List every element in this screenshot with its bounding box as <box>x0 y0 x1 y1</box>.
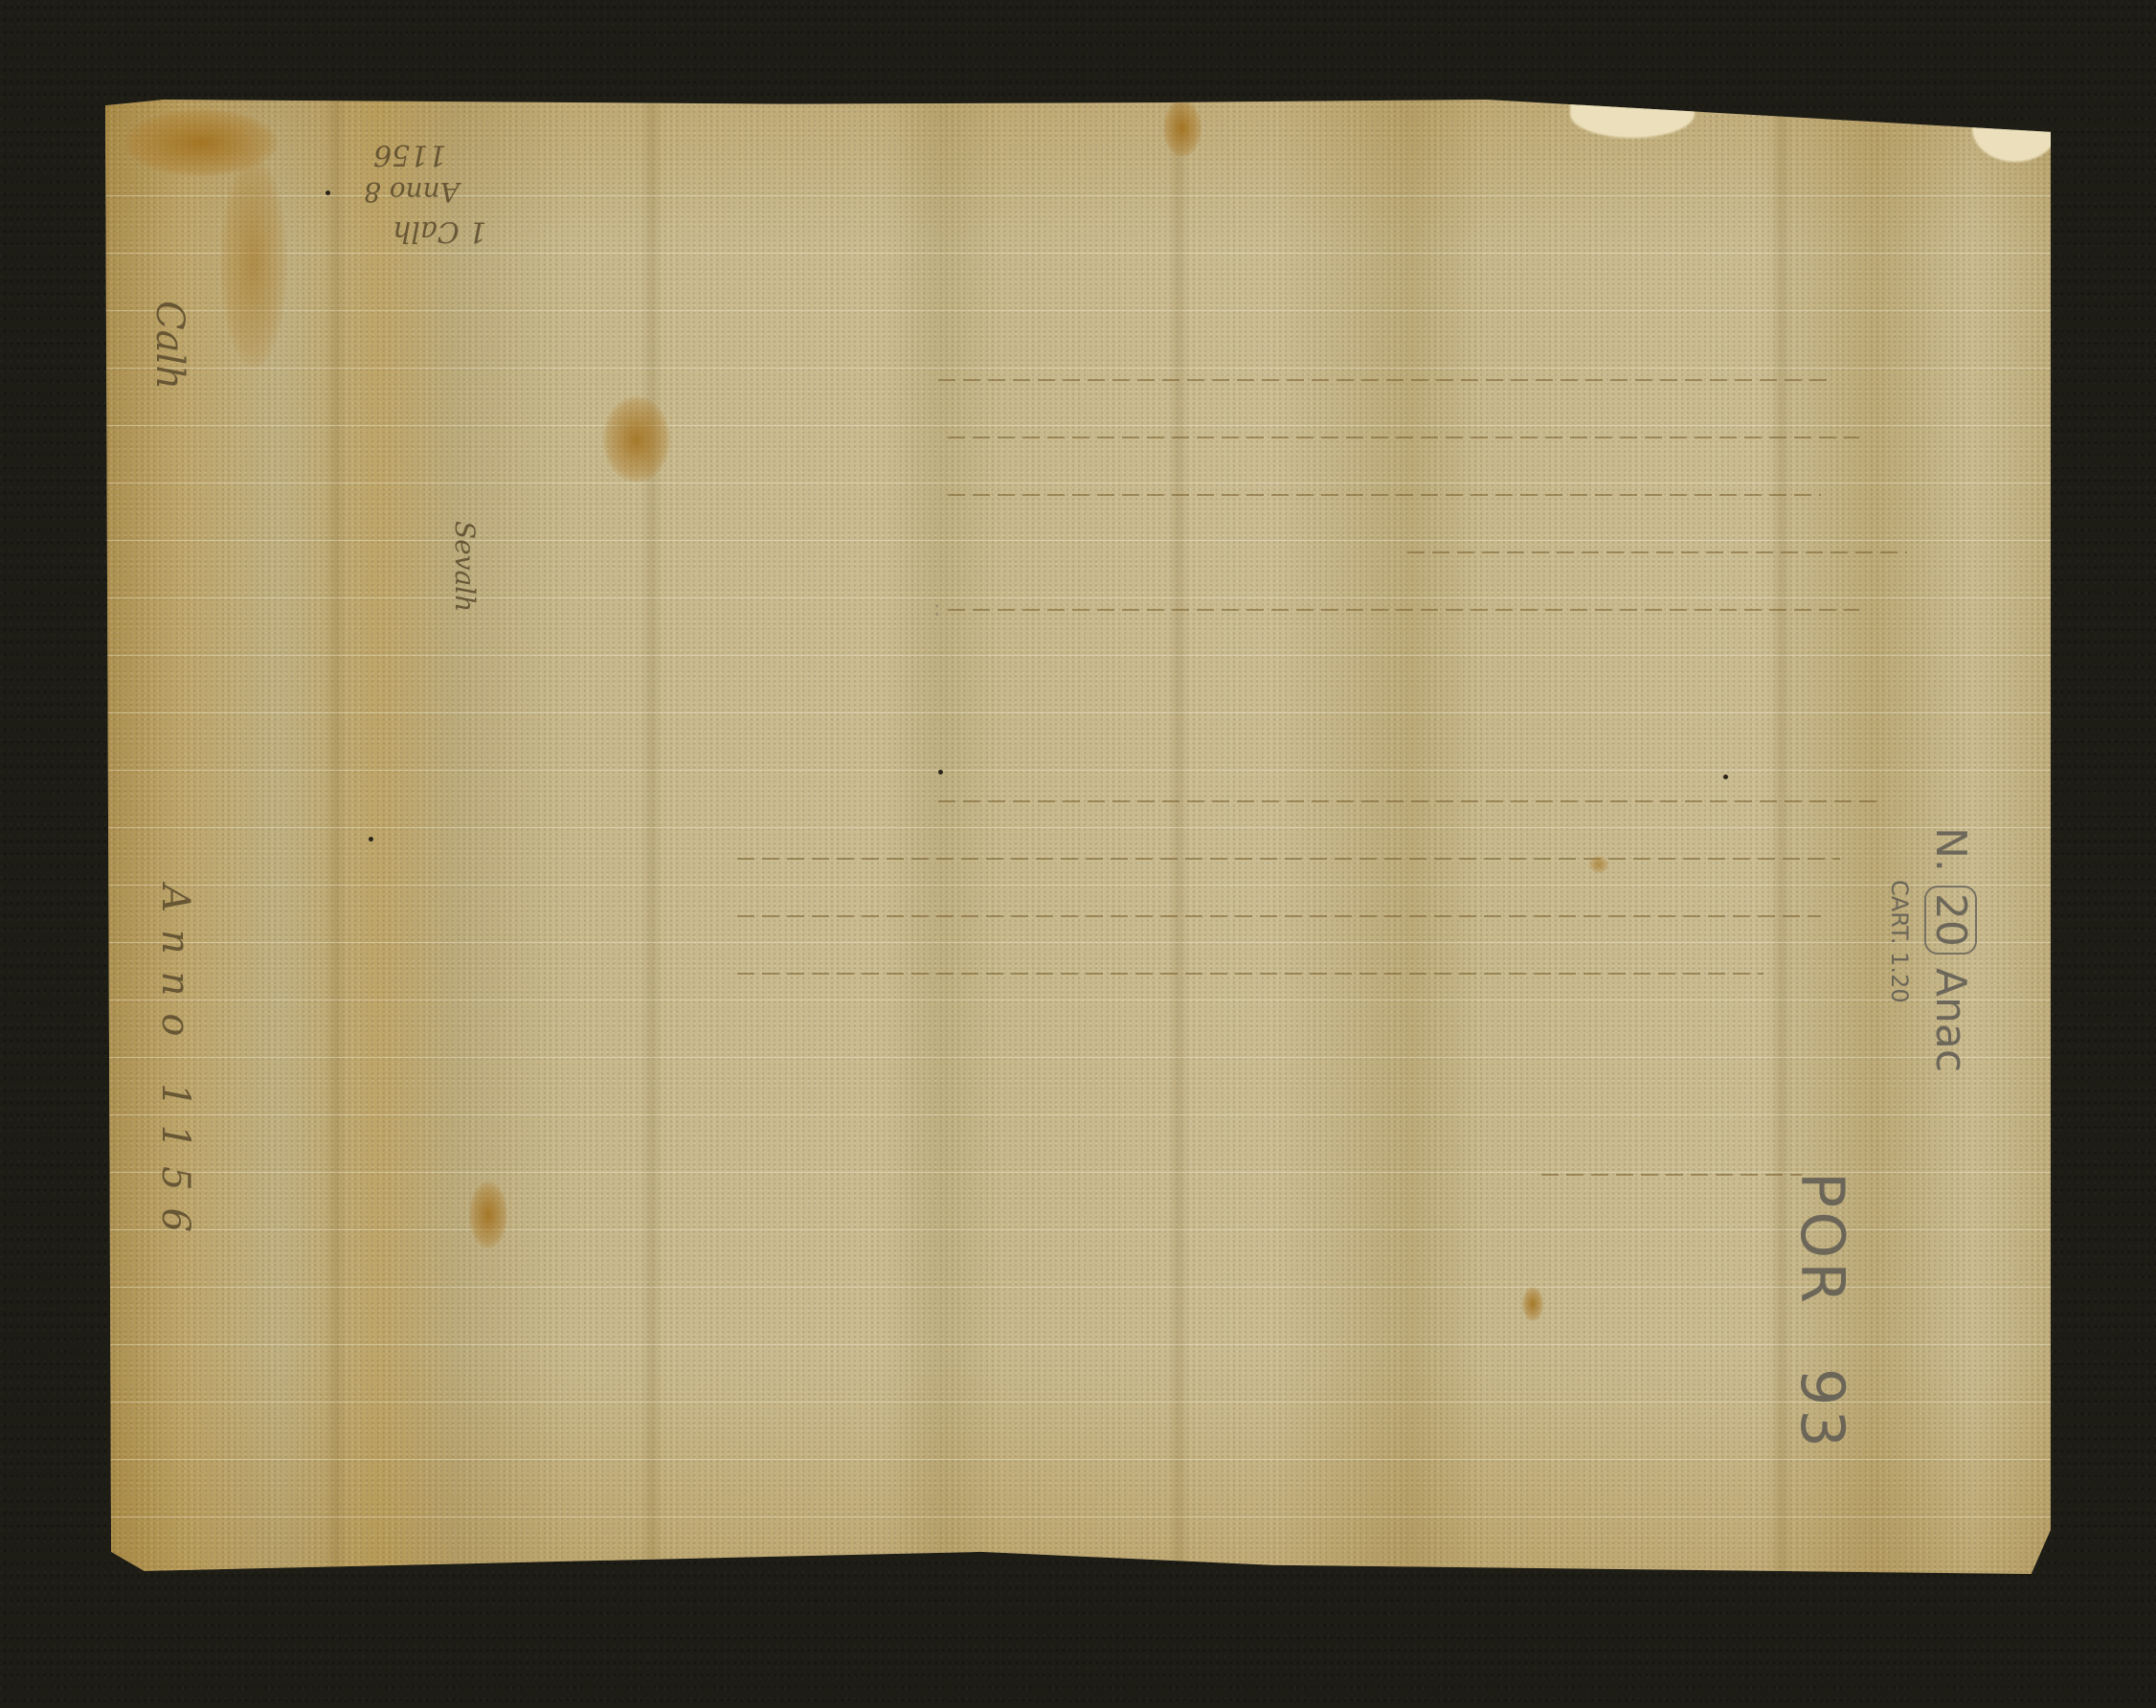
ruling-line <box>105 540 2051 541</box>
show-through-line <box>737 858 1840 860</box>
ruling-line <box>105 1229 2051 1230</box>
ruling-line <box>105 597 2051 598</box>
stain <box>469 1181 507 1248</box>
stain <box>603 396 670 483</box>
ruling-line <box>105 942 2051 943</box>
stain <box>220 157 287 368</box>
cart-reference: CART. 1.20 <box>1886 880 1913 1003</box>
ruling-line <box>105 1172 2051 1173</box>
parchment-sheet: 1156 Anno 8 1 Calh Calh Anno 1156 Sevalh… <box>105 100 2051 1574</box>
stain <box>1589 856 1608 873</box>
ruling-line <box>105 1459 2051 1460</box>
ink-dot <box>326 191 330 195</box>
ruling-line <box>105 1057 2051 1058</box>
parchment-texture <box>105 100 2051 1574</box>
ruling-line <box>105 1517 2051 1517</box>
ruling-line <box>105 483 2051 483</box>
show-through-line <box>737 973 1763 975</box>
ink-dot <box>1723 775 1728 779</box>
show-through-line <box>938 800 1878 802</box>
ruling-line <box>105 885 2051 886</box>
show-through-line <box>737 915 1821 917</box>
margin-endorsement-lower: Anno 1156 <box>153 885 197 1249</box>
endorsement-anno: Anno 8 <box>364 176 460 208</box>
stain <box>1522 1287 1543 1321</box>
fold-line <box>641 100 663 1574</box>
ruling-line <box>105 1114 2051 1115</box>
ruling-line <box>105 1402 2051 1403</box>
ruling-line <box>105 1344 2051 1345</box>
fold-line <box>326 100 347 1574</box>
archive-number-prefix: N. <box>1926 827 1975 872</box>
endorsement-calh: 1 Calh <box>393 214 486 248</box>
archive-number-label: N. 20 Anac <box>1924 827 1977 1072</box>
show-through-line <box>948 494 1821 496</box>
shelfmark: POR 93 <box>1787 1172 1857 1451</box>
faint-pencil-mark: : <box>933 597 940 621</box>
show-through-line <box>948 609 1859 611</box>
vertical-endorsement: Sevalh <box>449 521 481 612</box>
ink-dot <box>938 770 943 775</box>
ruling-line <box>105 770 2051 771</box>
ruling-line <box>105 827 2051 828</box>
ink-dot <box>369 837 373 842</box>
ruling-line <box>105 310 2051 311</box>
endorsement-year: 1156 <box>373 138 446 171</box>
archive-collection: Anac <box>1926 968 1975 1072</box>
show-through-line <box>1541 1174 1802 1176</box>
ruling-line <box>105 712 2051 713</box>
show-through-line <box>948 437 1859 438</box>
ruling-line <box>105 1287 2051 1288</box>
ruling-line <box>105 253 2051 254</box>
ruling-line <box>105 425 2051 426</box>
show-through-line <box>938 379 1830 381</box>
ruling-line <box>105 655 2051 656</box>
stain <box>1163 100 1202 157</box>
archive-number-circled: 20 <box>1924 886 1977 955</box>
margin-endorsement-upper: Calh <box>147 301 191 390</box>
ruling-line <box>105 1000 2051 1000</box>
ruling-line <box>105 368 2051 369</box>
fold-line <box>1168 100 1189 1574</box>
show-through-line <box>1407 551 1907 553</box>
